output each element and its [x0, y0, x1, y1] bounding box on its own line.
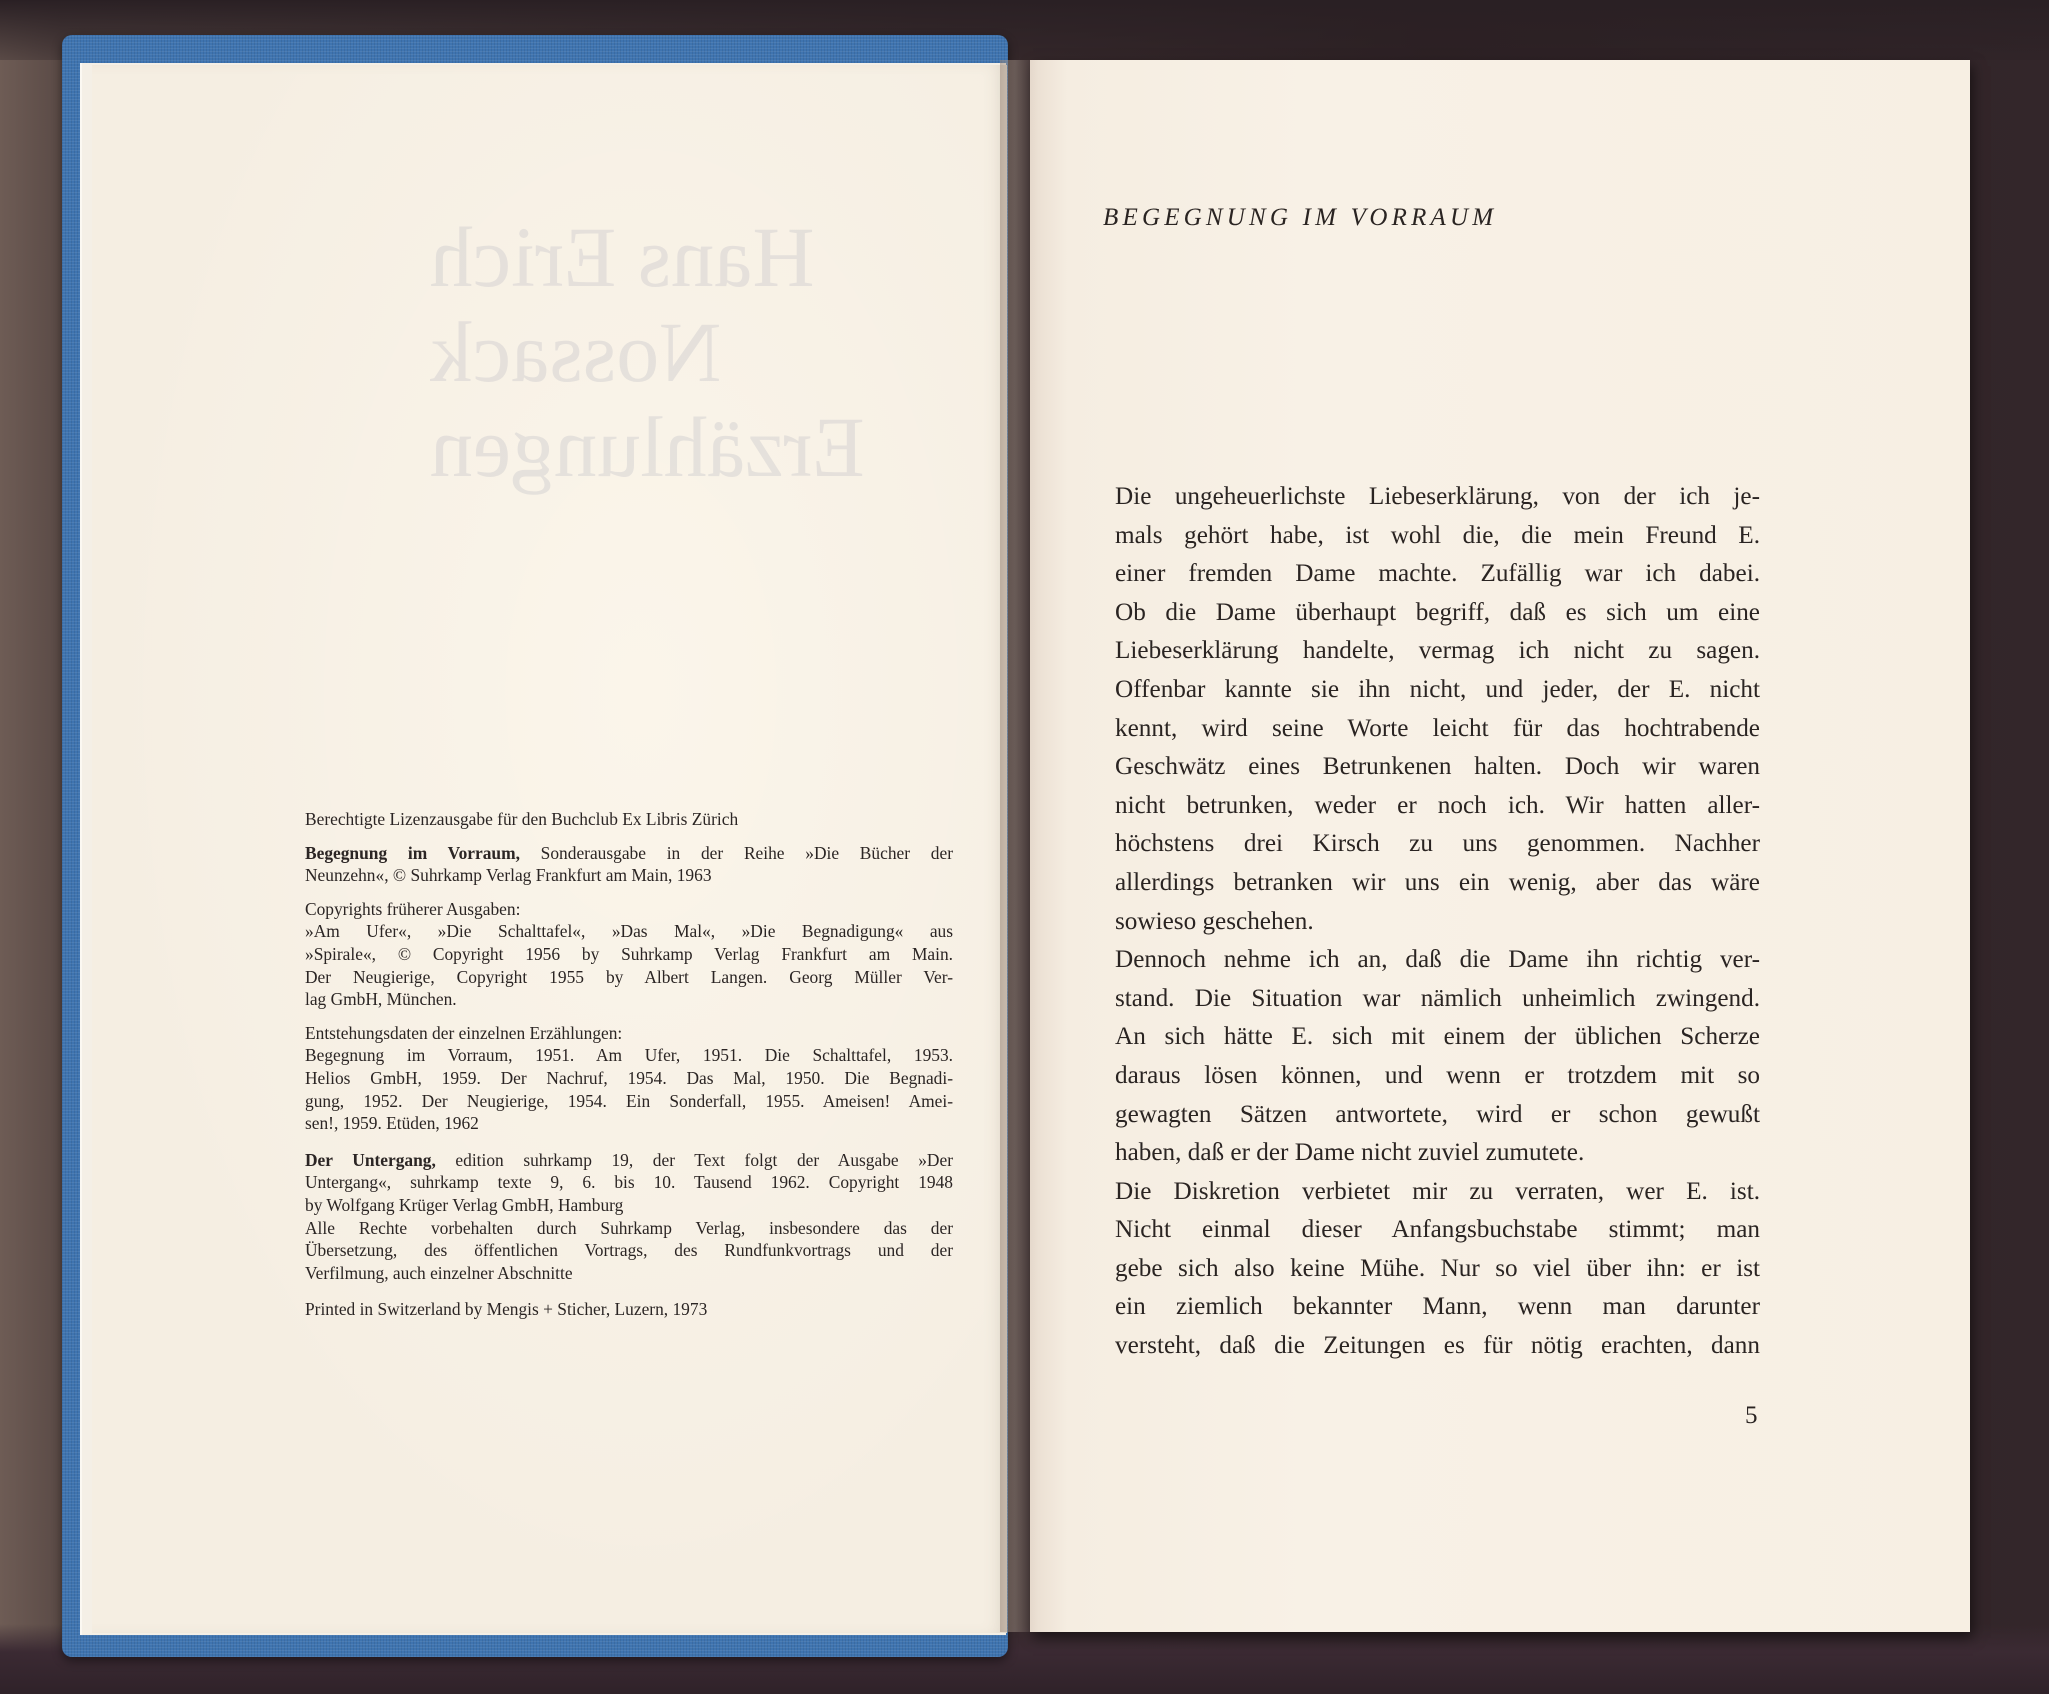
gutter-shadow — [1000, 60, 1038, 1632]
text-line: An sich hätte E. sich mit einem der übli… — [1115, 1018, 1760, 1057]
text-line: Dennoch nehme ich an, daß die Dame ihn r… — [1115, 941, 1760, 980]
untergang-line-1: Der Untergang, edition suhrkamp 19, der … — [305, 1149, 953, 1172]
text-line: versteht, daß die Zeitungen es für nötig… — [1115, 1327, 1760, 1366]
text-line: nicht betrunken, weder er noch ich. Wir … — [1115, 787, 1760, 826]
text-line: mals gehört habe, ist wohl die, die mein… — [1115, 517, 1760, 556]
text-line: einer fremden Dame machte. Zufällig war … — [1115, 555, 1760, 594]
text-line: Nicht einmal dieser Anfangsbuchstabe sti… — [1115, 1211, 1760, 1250]
imprint-block: Berechtigte Lizenzausgabe für den Buchcl… — [305, 808, 953, 1332]
text-line: ein ziemlich bekannter Mann, wenn man da… — [1115, 1288, 1760, 1327]
text-line: daraus lösen können, und wenn er trotzde… — [1115, 1057, 1760, 1096]
text-line: Liebeserklärung handelte, vermag ich nic… — [1115, 632, 1760, 671]
text-line: sowieso geschehen. — [1115, 903, 1760, 942]
text-line: gebe sich also keine Mühe. Nur so viel ü… — [1115, 1250, 1760, 1289]
edition-title: Begegnung im Vorraum, — [305, 843, 520, 863]
edition-line-1: Begegnung im Vorraum, Sonderausgabe in d… — [305, 842, 953, 865]
dates-heading: Entstehungsdaten der einzelnen Erzählung… — [305, 1022, 953, 1045]
edition-note: Begegnung im Vorraum, Sonderausgabe in d… — [305, 842, 953, 887]
page-number: 5 — [1745, 1402, 1758, 1430]
text-line: Geschwätz eines Betrunkenen halten. Doch… — [1115, 748, 1760, 787]
printer-line: Printed in Switzerland by Mengis + Stich… — [305, 1298, 953, 1321]
dates-note: Entstehungsdaten der einzelnen Erzählung… — [305, 1022, 953, 1135]
text-line: höchstens drei Kirsch zu uns genommen. N… — [1115, 825, 1760, 864]
copyrights-note: Copyrights früherer Ausgaben: »Am Ufer«,… — [305, 898, 953, 1011]
text-line: allerdings betranken wir uns ein wenig, … — [1115, 864, 1760, 903]
license-line: Berechtigte Lizenzausgabe für den Buchcl… — [305, 808, 953, 831]
text-line: haben, daß er der Dame nicht zuviel zumu… — [1115, 1134, 1760, 1173]
text-line: gewagten Sätzen antwortete, wird er scho… — [1115, 1096, 1760, 1135]
text-line: kennt, wird seine Worte leicht für das h… — [1115, 710, 1760, 749]
untergang-title: Der Untergang, — [305, 1150, 436, 1170]
text-line: stand. Die Situation war nämlich unheiml… — [1115, 980, 1760, 1019]
text-line: Die ungeheuerlichste Liebeserklärung, vo… — [1115, 478, 1760, 517]
chapter-title: BEGEGNUNG IM VORRAUM — [1103, 204, 1497, 232]
text-line: Offenbar kannte sie ihn nicht, und jeder… — [1115, 671, 1760, 710]
story-text: Die ungeheuerlichste Liebeserklärung, vo… — [1115, 478, 1760, 1366]
text-line: Ob die Dame überhaupt begriff, daß es si… — [1115, 594, 1760, 633]
text-line: Die Diskretion verbietet mir zu verraten… — [1115, 1173, 1760, 1212]
copyrights-heading: Copyrights früherer Ausgaben: — [305, 898, 953, 921]
untergang-note: Der Untergang, edition suhrkamp 19, der … — [305, 1149, 953, 1285]
show-through-title: Hans Erich Nossack Erzählungen — [430, 210, 970, 495]
